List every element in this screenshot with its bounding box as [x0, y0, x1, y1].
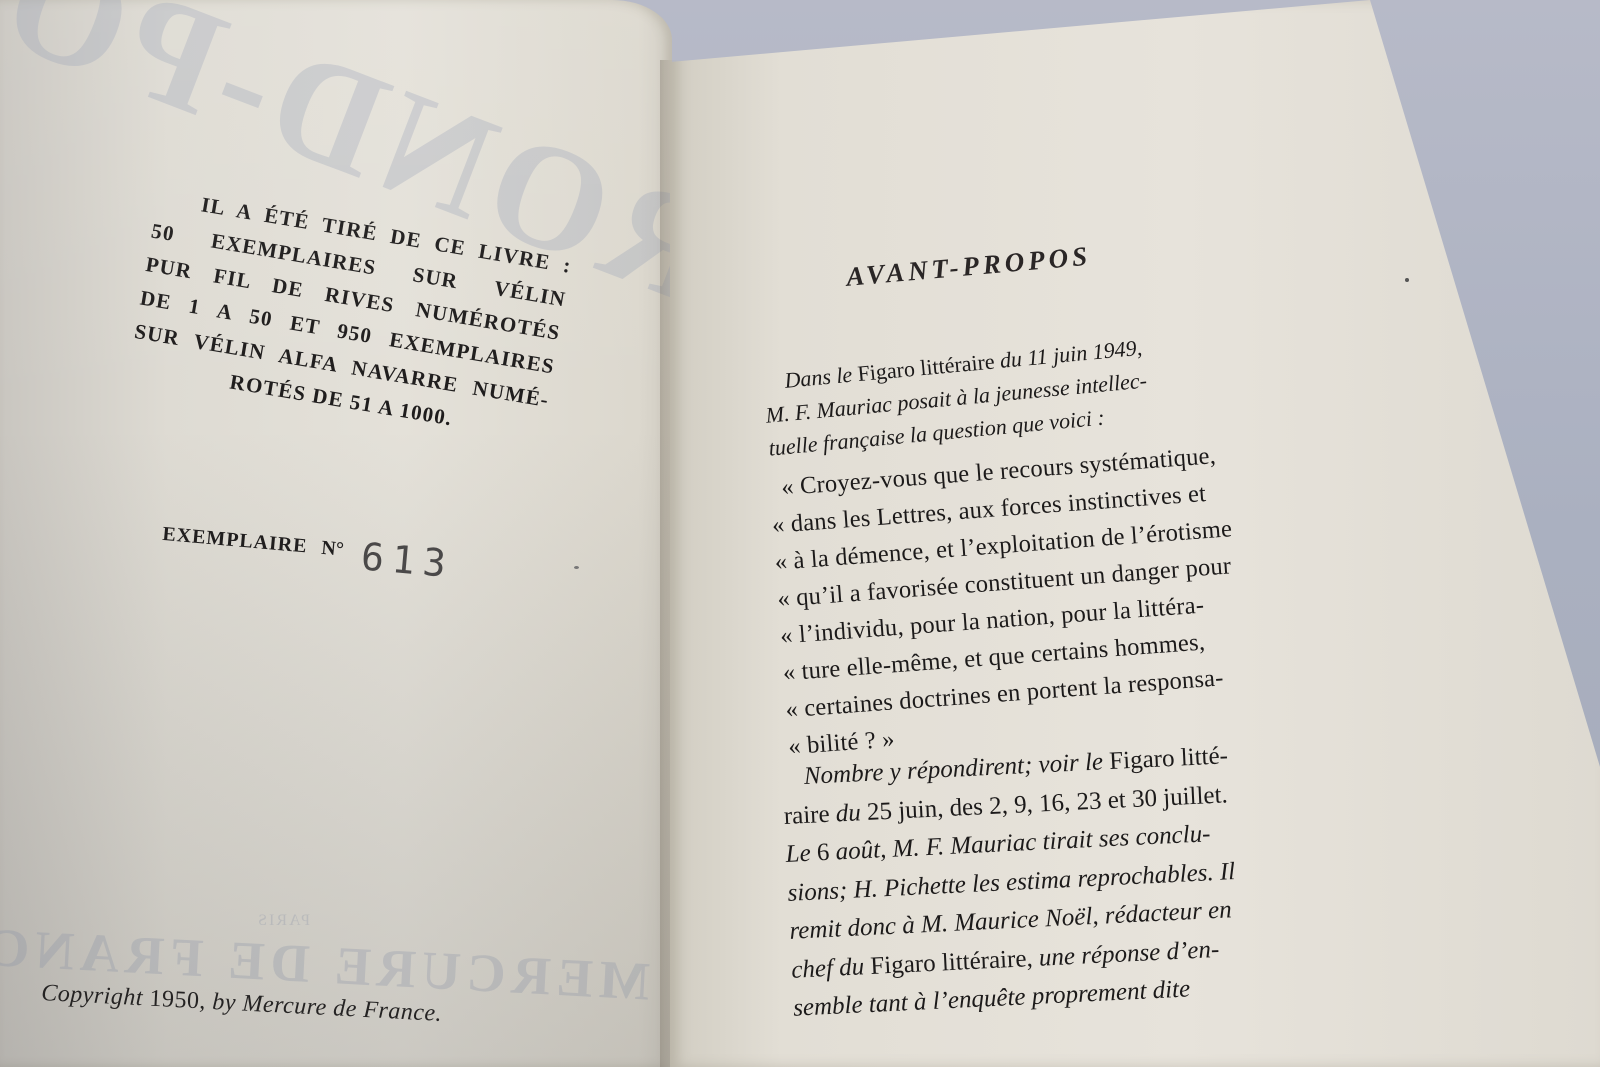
text-span: chef du	[791, 952, 871, 983]
publication-name: Figaro littéraire,	[870, 945, 1034, 980]
paper-speck	[574, 566, 579, 569]
publication-name: raire	[783, 800, 830, 829]
copy-number-label: EXEMPLAIRE	[162, 523, 309, 558]
number-symbol: N°	[320, 537, 344, 561]
photo-scene: ROND-POINT PARIS MERCURE DE FRANCE IL A …	[0, 0, 1600, 1067]
mauriac-question-quote: « Croyez-vous que le recours systématiqu…	[768, 436, 1247, 765]
copy-number: EXEMPLAIRE N° 613	[161, 505, 456, 574]
publication-name: Figaro litté-	[1109, 742, 1229, 775]
copyright-year: 1950,	[149, 986, 207, 1015]
stamped-copy-number: 613	[359, 534, 455, 586]
paper-speck	[1405, 278, 1409, 282]
text-span: Le	[785, 839, 818, 867]
body-paragraph: Nombre y répondirent; voir le Figaro lit…	[803, 737, 1242, 1027]
text-span: Dans le	[783, 361, 858, 393]
copyright-prefix: Copyright	[41, 980, 144, 1011]
text-span: du	[829, 798, 868, 827]
bleed-through-city: PARIS	[256, 912, 310, 930]
text-span: une réponse d’en-	[1032, 935, 1220, 971]
left-page: ROND-POINT PARIS MERCURE DE FRANCE IL A …	[0, 0, 672, 1067]
